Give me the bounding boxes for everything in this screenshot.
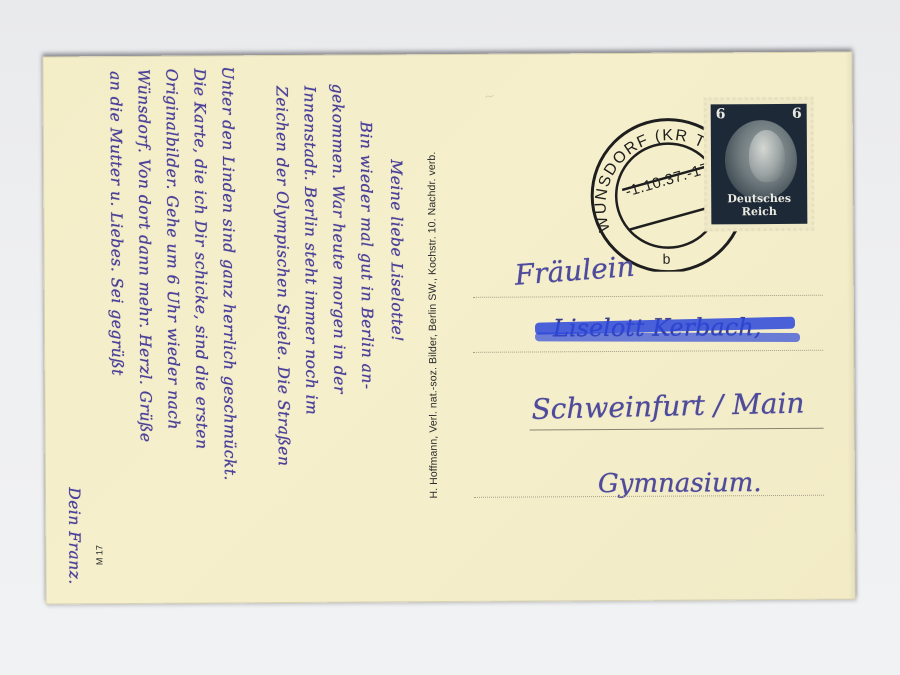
stamp-caption: Deutsches Reich	[711, 192, 807, 219]
message-line: Unter den Linden sind ganz herrlich gesc…	[223, 56, 252, 602]
message-line: Dein Franz.	[67, 57, 96, 603]
message-line: Die Karte, die ich Dir schicke, sind die…	[195, 56, 224, 602]
series-code: M 17	[92, 535, 106, 575]
stamp-value-right: 6	[792, 106, 802, 122]
message-line: gekommen. War heute morgen in der	[333, 56, 362, 602]
message-line: Wünsdorf. Von dort dann mehr. Herzl. Grü…	[139, 57, 168, 603]
head-icon	[749, 130, 785, 182]
message-line: Innenstadt. Berlin steht immer noch im	[305, 56, 334, 602]
postmark-letter: b	[663, 251, 671, 267]
publisher-imprint: H. Hoffmann, Verl. nat.-soz. Bilder, Ber…	[423, 65, 442, 585]
portrait-icon	[725, 120, 797, 200]
postcard: ~ Meine liebe Liselotte! Bin wieder mal …	[42, 52, 855, 605]
stamp-value-left: 6	[716, 106, 726, 122]
message-line: an die Mutter u. Liebes. Sei gegrüßt	[111, 57, 140, 603]
address-line-3	[530, 428, 824, 431]
address-line-2	[473, 350, 823, 353]
message-line: Zeichen der Olympischen Spiele. Die Stra…	[277, 56, 306, 602]
stamp-face: 6 6 Deutsches Reich	[711, 104, 808, 225]
message-line: Meine liebe Liselotte!	[391, 55, 420, 601]
faint-pencil-mark: ~	[482, 88, 496, 106]
address-line-1	[473, 295, 823, 298]
strikethrough-mark	[535, 332, 800, 342]
message-line: Originalbilder. Gehe um 6 Uhr wieder nac…	[167, 57, 196, 603]
handwritten-message: Meine liebe Liselotte! Bin wieder mal gu…	[43, 55, 446, 603]
address-salutation: Fräulein	[514, 250, 636, 292]
address-city: Schweinfurt / Main	[531, 386, 805, 425]
message-line: Bin wieder mal gut in Berlin an-	[361, 55, 390, 601]
postage-stamp: 6 6 Deutsches Reich	[704, 97, 815, 232]
